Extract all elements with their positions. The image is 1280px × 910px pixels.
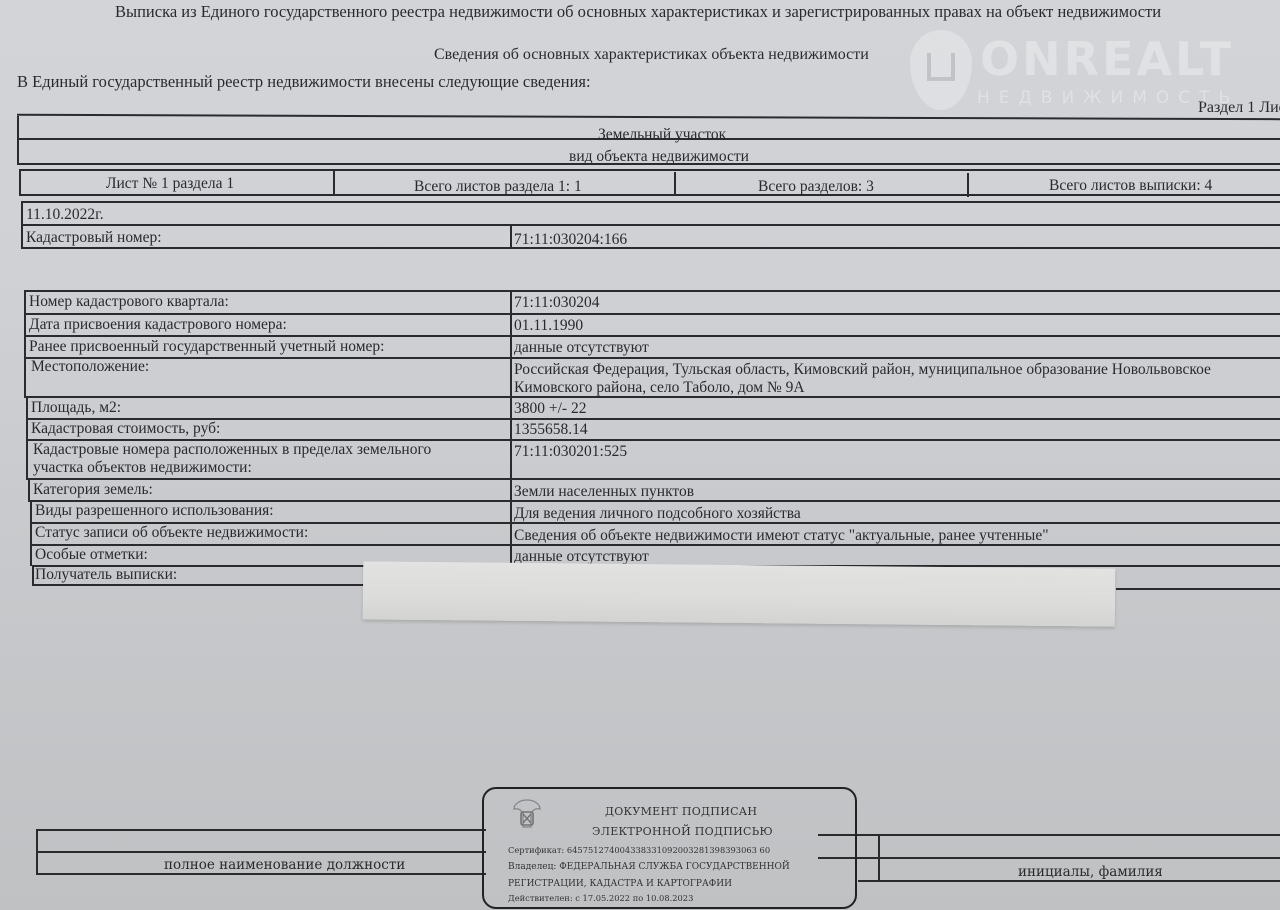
e-signature-stamp: ДОКУМЕНТ ПОДПИСАН ЭЛЕКТРОННОЙ ПОДПИСЬЮ С… — [482, 787, 857, 909]
value-location-line2: Кимовского района, село Таболо, дом № 9А — [514, 379, 805, 397]
label-location: Местоположение: — [31, 358, 149, 376]
label-objects-within-line1: Кадастровые номера расположенных в преде… — [33, 441, 431, 459]
label-objects-within-line2: участка объектов недвижимости: — [33, 459, 252, 477]
name-caption: инициалы, фамилия — [1018, 863, 1163, 881]
stamp-validity: Действителен: с 17.05.2022 по 10.08.2023 — [508, 893, 693, 903]
value-area: 3800 +/- 22 — [514, 400, 586, 418]
document-title: Выписка из Единого государственного реес… — [0, 2, 1280, 22]
value-land-category: Земли населенных пунктов — [514, 483, 694, 501]
extract-sheets-total: Всего листов выписки: 4 — [1049, 177, 1212, 195]
stamp-owner: Владелец: ФЕДЕРАЛЬНАЯ СЛУЖБА ГОСУДАРСТВЕ… — [508, 862, 790, 872]
value-assignment-date: 01.11.1990 — [514, 317, 583, 335]
intro-text: В Единый государственный реестр недвижим… — [17, 72, 591, 92]
value-cadastral-quarter: 71:11:030204 — [514, 294, 600, 312]
object-type-value: Земельный участок — [598, 126, 726, 144]
extract-date: 11.10.2022г. — [26, 206, 104, 224]
house-icon — [927, 53, 955, 81]
value-cadastral-value: 1355658.14 — [514, 421, 588, 439]
coat-of-arms-icon — [510, 797, 544, 833]
value-permitted-use: Для ведения личного подсобного хозяйства — [514, 505, 801, 523]
value-location-line1: Российская Федерация, Тульская область, … — [514, 361, 1211, 379]
map-pin-icon — [910, 30, 972, 110]
document-subtitle: Сведения об основных характеристиках объ… — [434, 46, 869, 64]
stamp-title-line1: ДОКУМЕНТ ПОДПИСАН — [605, 805, 757, 818]
stamp-certificate: Сертификат: 6457512740043383310920032813… — [508, 845, 770, 855]
label-cadastral-quarter: Номер кадастрового квартала: — [29, 293, 229, 311]
sheet-number: Лист № 1 раздела 1 — [106, 175, 234, 193]
cadastral-number-label: Кадастровый номер: — [26, 229, 162, 247]
label-assignment-date: Дата присвоения кадастрового номера: — [29, 316, 287, 334]
value-objects-within: 71:11:030201:525 — [514, 443, 627, 461]
sections-total: Всего разделов: 3 — [758, 178, 874, 196]
section-sheets-total: Всего листов раздела 1: 1 — [414, 178, 582, 196]
value-previous-number: данные отсутствуют — [514, 339, 649, 357]
value-record-status: Сведения об объекте недвижимости имеют с… — [514, 527, 1049, 545]
label-recipient: Получатель выписки: — [35, 566, 177, 584]
label-permitted-use: Виды разрешенного использования: — [35, 502, 274, 520]
stamp-owner-line2: РЕГИСТРАЦИИ, КАДАСТРА И КАРТОГРАФИИ — [508, 879, 732, 889]
section-reference: Раздел 1 Лист — [1198, 99, 1280, 117]
watermark-brand: ONREALT — [980, 32, 1234, 86]
stamp-title-line2: ЭЛЕКТРОННОЙ ПОДПИСЬЮ — [592, 825, 773, 838]
position-caption: полное наименование должности — [164, 856, 405, 874]
label-land-category: Категория земель: — [33, 481, 153, 499]
label-record-status: Статус записи об объекте недвижимости: — [35, 524, 308, 542]
redaction-strip — [363, 561, 1116, 626]
label-area: Площадь, м2: — [31, 399, 121, 417]
label-cadastral-value: Кадастровая стоимость, руб: — [31, 420, 220, 438]
label-special-notes: Особые отметки: — [35, 546, 148, 564]
label-previous-number: Ранее присвоенный государственный учетны… — [29, 338, 384, 356]
cadastral-number-value: 71:11:030204:166 — [514, 231, 627, 249]
object-type-caption: вид объекта недвижимости — [569, 148, 749, 166]
